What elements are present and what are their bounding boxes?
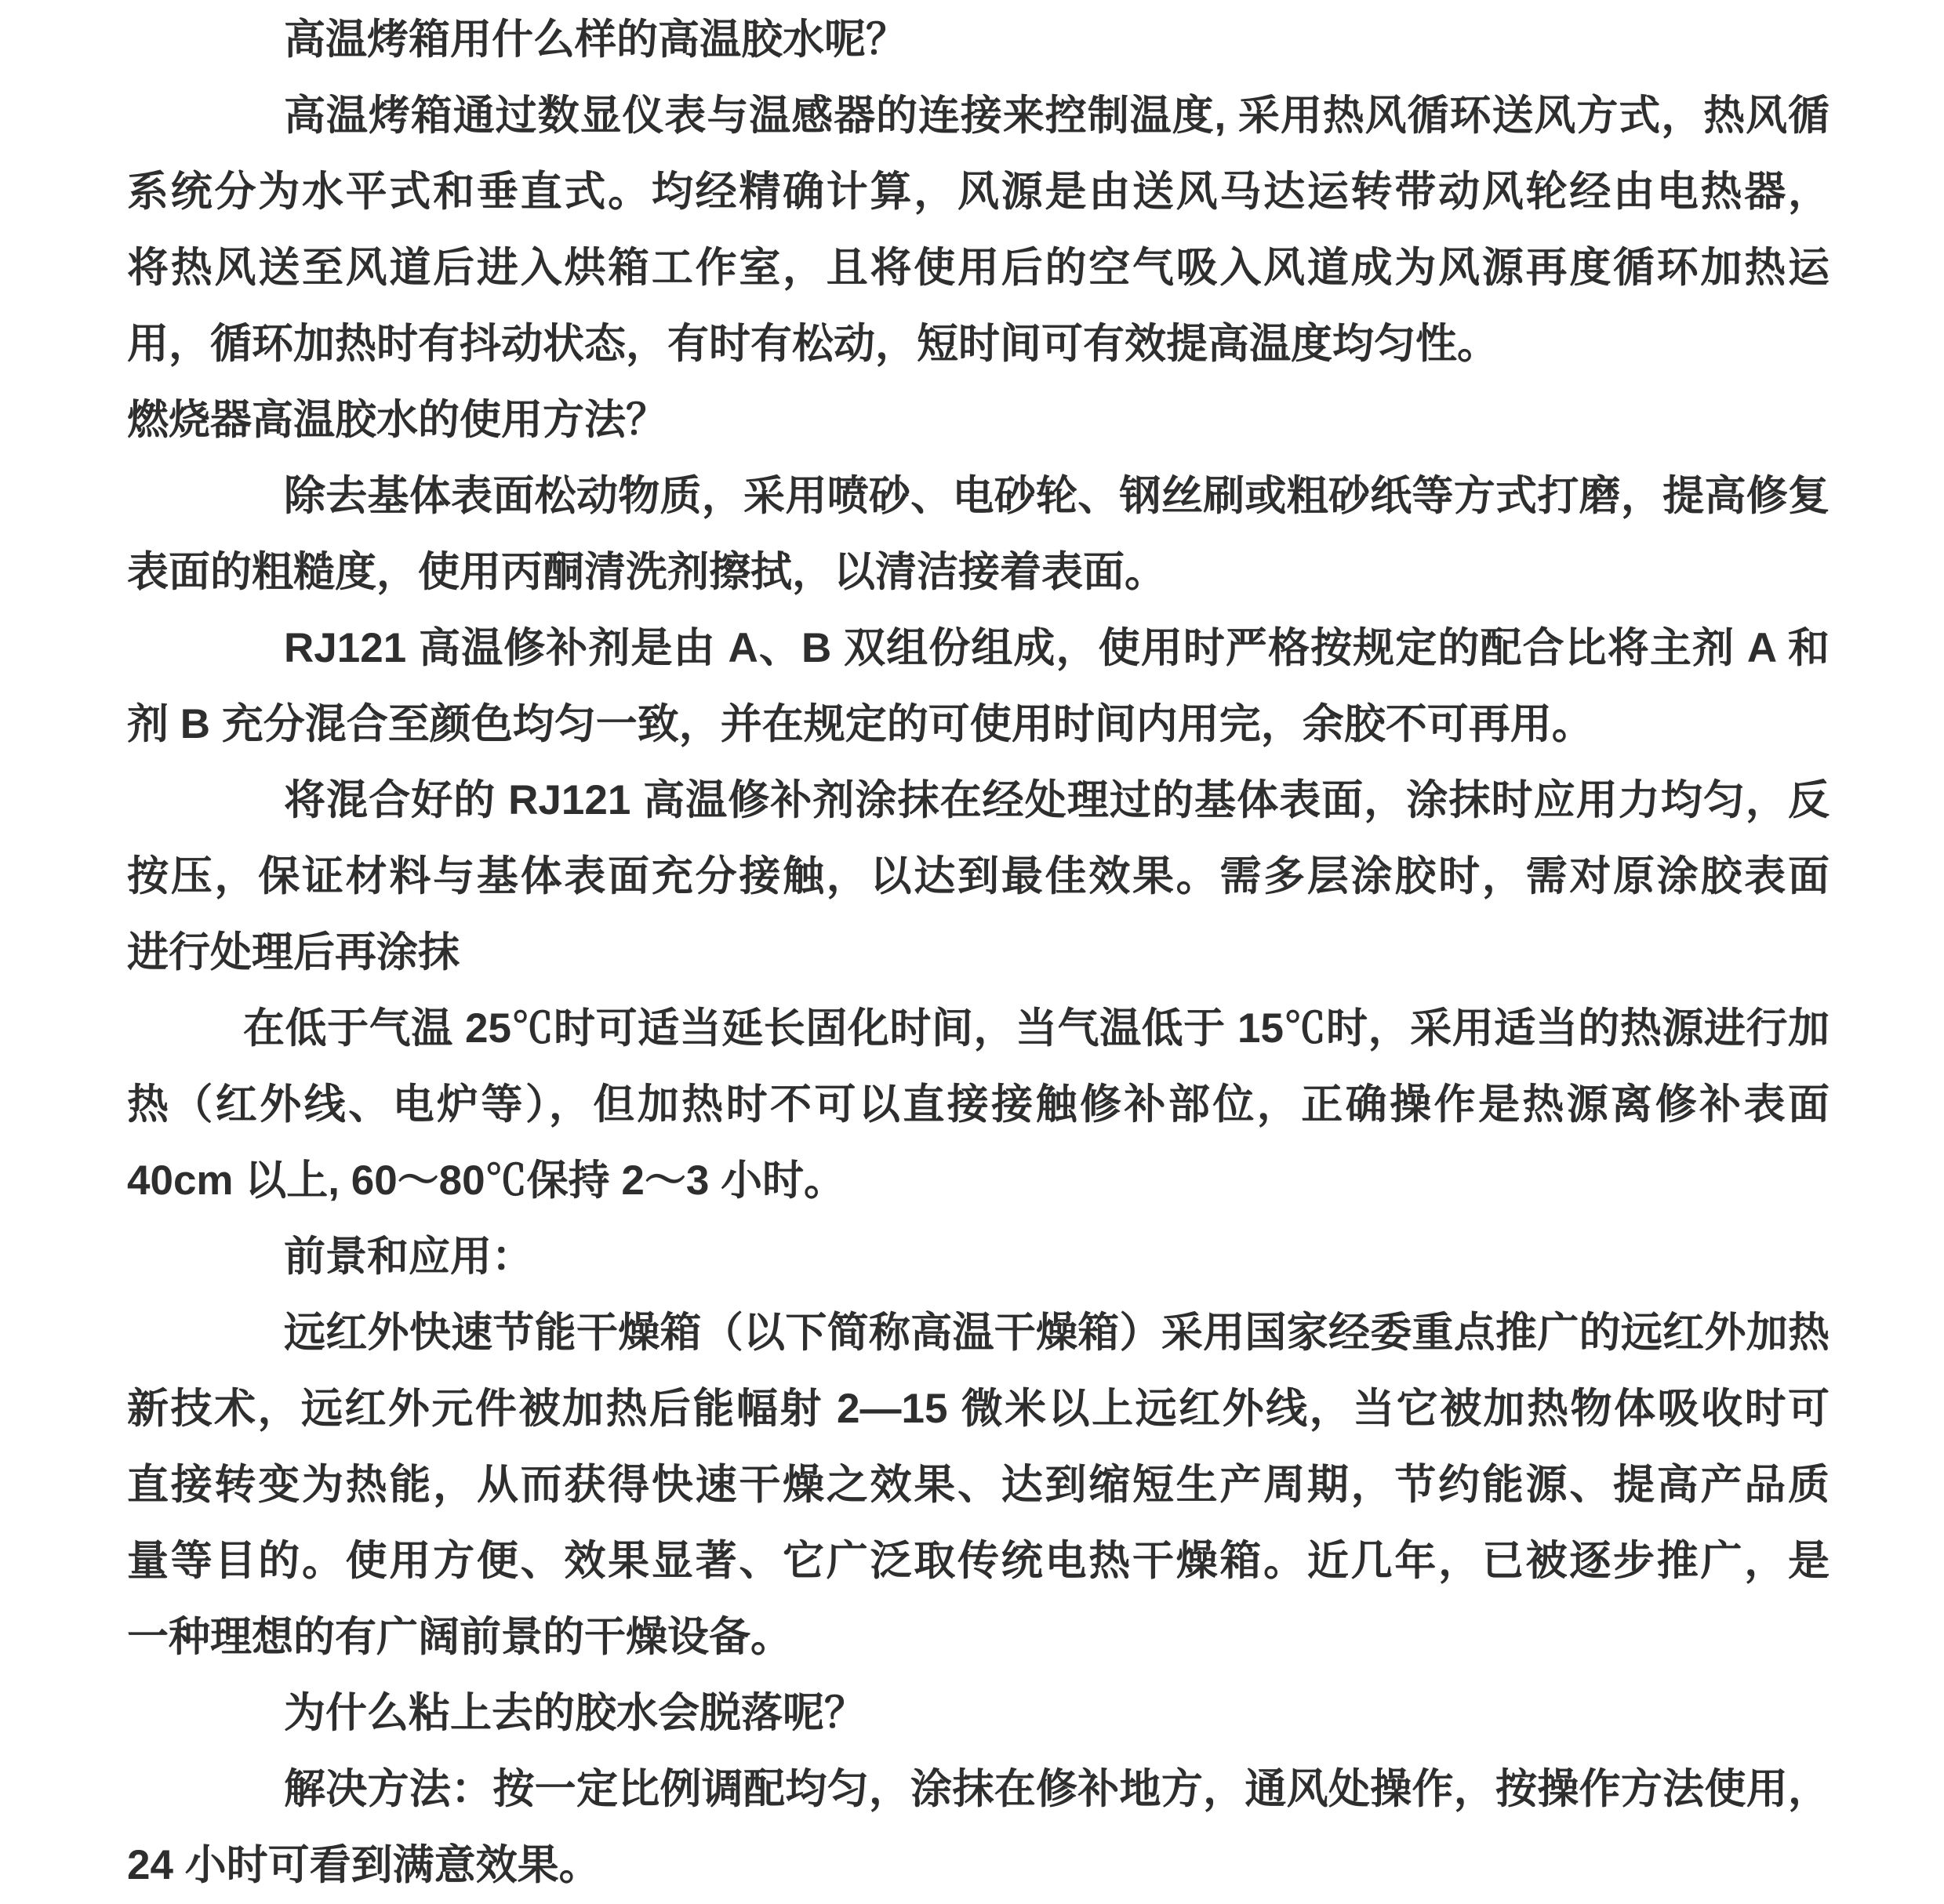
document-page: 高温烤箱用什么样的高温胶水呢？高温烤箱通过数显仪表与温感器的连接来控制温度, 采… (0, 0, 1944, 1904)
text-line: 24 小时可看到满意效果。 (127, 1827, 1830, 1903)
text-line: 40cm 以上, 60～80℃保持 2～3 小时。 (127, 1143, 1830, 1219)
text-line: 系统分为水平式和垂直式。均经精确计算，风源是由送风马达运转带动风轮经由电热器， (127, 154, 1830, 230)
text-body: 高温烤箱用什么样的高温胶水呢？高温烤箱通过数显仪表与温感器的连接来控制温度, 采… (127, 2, 1830, 1903)
text-line: 将混合好的 RJ121 高温修补剂涂抹在经处理过的基体表面，涂抹时应用力均匀，反… (127, 762, 1830, 838)
text-line: 表面的粗糙度，使用丙酮清洗剂擦拭，以清洁接着表面。 (127, 534, 1830, 610)
text-line: 将热风送至风道后进入烘箱工作室，且将使用后的空气吸入风道成为风源再度循环加热运 (127, 230, 1830, 306)
text-line: 剂 B 充分混合至颜色均匀一致，并在规定的可使用时间内用完，余胶不可再用。 (127, 686, 1830, 762)
text-line: 直接转变为热能，从而获得快速干燥之效果、达到缩短生产周期，节约能源、提高产品质 (127, 1447, 1830, 1523)
text-line: 为什么粘上去的胶水会脱落呢？ (127, 1675, 1830, 1751)
text-line: 高温烤箱通过数显仪表与温感器的连接来控制温度, 采用热风循环送风方式，热风循环 (127, 78, 1830, 154)
text-line: 新技术，远红外元件被加热后能幅射 2—15 微米以上远红外线，当它被加热物体吸收… (127, 1371, 1830, 1447)
text-line: 解决方法：按一定比例调配均匀，涂抹在修补地方，通风处操作，按操作方法使用， (127, 1751, 1830, 1827)
text-line: 一种理想的有广阔前景的干燥设备。 (127, 1599, 1830, 1675)
text-line: 高温烤箱用什么样的高温胶水呢？ (127, 2, 1830, 78)
text-line: 燃烧器高温胶水的使用方法？ (127, 382, 1830, 458)
text-line: 前景和应用： (127, 1219, 1830, 1295)
text-line: 量等目的。使用方便、效果显著、它广泛取传统电热干燥箱。近几年，已被逐步推广，是 (127, 1523, 1830, 1599)
text-line: 除去基体表面松动物质，采用喷砂、电砂轮、钢丝刷或粗砂纸等方式打磨，提高修复 (127, 458, 1830, 534)
text-line: 热（红外线、电炉等），但加热时不可以直接接触修补部位，正确操作是热源离修补表面 (127, 1066, 1830, 1143)
text-line: 用，循环加热时有抖动状态，有时有松动，短时间可有效提高温度均匀性。 (127, 306, 1830, 382)
text-line: 远红外快速节能干燥箱（以下简称高温干燥箱）采用国家经委重点推广的远红外加热 (127, 1295, 1830, 1371)
text-line: 在低于气温 25℃时可适当延长固化时间，当气温低于 15℃时，采用适当的热源进行… (127, 990, 1830, 1066)
text-line: 按压，保证材料与基体表面充分接触，以达到最佳效果。需多层涂胶时，需对原涂胶表面 (127, 838, 1830, 914)
text-line: 进行处理后再涂抹 (127, 914, 1830, 990)
text-line: RJ121 高温修补剂是由 A、B 双组份组成，使用时严格按规定的配合比将主剂 … (127, 610, 1830, 686)
